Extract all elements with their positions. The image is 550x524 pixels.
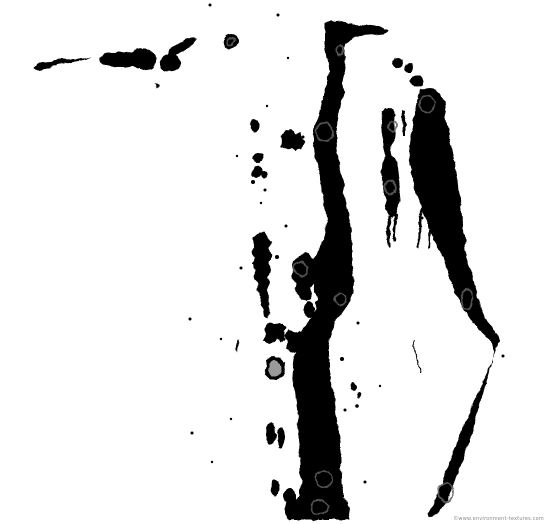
ink-blob-topleft-long xyxy=(100,48,156,70)
ink-speck-8 xyxy=(264,189,267,192)
ink-speck-12 xyxy=(275,255,279,259)
ink-drip-middle-tail-1 xyxy=(387,216,391,248)
ink-speck-20 xyxy=(230,418,232,420)
texture-canvas: ©www.environment-textures.com xyxy=(0,0,550,524)
ink-dash-diagonal xyxy=(168,37,196,57)
ink-speck-11 xyxy=(240,267,243,270)
ink-blob-right-top-3 xyxy=(411,75,423,88)
ink-dot-top xyxy=(223,34,238,48)
ink-satellite-left-4 xyxy=(284,488,296,504)
ink-speck-14 xyxy=(220,338,222,340)
ink-speck-16 xyxy=(340,357,344,361)
ink-blob-pair-upper xyxy=(281,129,304,151)
ink-speck-21 xyxy=(191,432,194,435)
ink-small-blob-d xyxy=(261,171,267,179)
ink-streak-right-tail-1 xyxy=(418,205,423,247)
ink-cluster-mid-lobe xyxy=(304,302,314,318)
ink-cluster-left-c xyxy=(306,336,314,348)
ink-speck-9 xyxy=(260,202,262,204)
ink-small-blob-b xyxy=(253,153,263,164)
ink-speck-10 xyxy=(285,225,288,228)
ink-blob-right-top-2 xyxy=(405,63,414,73)
ink-drip-middle-tail-2 xyxy=(393,214,397,242)
ink-dot-mid-1 xyxy=(317,272,322,278)
ink-slash-left xyxy=(235,340,240,352)
ink-speck-tick xyxy=(155,84,159,88)
ink-speck-6 xyxy=(236,155,238,157)
ink-cluster-left-a xyxy=(263,323,286,344)
ink-speck-1 xyxy=(209,4,212,7)
watermark-text: ©www.environment-textures.com xyxy=(453,516,544,522)
ink-small-blob-f xyxy=(357,392,361,398)
ink-dot-mid-2 xyxy=(319,279,323,284)
ink-speck-13 xyxy=(189,318,192,321)
ink-speck-3 xyxy=(287,57,289,59)
ink-slash-thin xyxy=(413,340,420,373)
ink-speck-24 xyxy=(502,355,505,358)
ink-speck-4 xyxy=(266,105,268,107)
ink-blob-topleft-round xyxy=(160,54,181,73)
ink-speck-18 xyxy=(379,385,381,387)
ink-satellite-left-1 xyxy=(266,423,276,445)
ink-speck-5 xyxy=(302,136,305,139)
ink-speck-19 xyxy=(355,404,359,408)
ink-speck-26 xyxy=(315,301,319,305)
ink-speck-23 xyxy=(364,481,367,484)
ink-blob-right-top-1 xyxy=(393,58,403,68)
ink-small-blob-c xyxy=(252,166,262,178)
ink-speck-22 xyxy=(211,461,213,463)
ink-chain-left xyxy=(251,231,272,318)
ink-satellite-left-3 xyxy=(270,480,280,496)
ink-small-blob-a xyxy=(250,120,260,133)
ink-stain-graphic xyxy=(0,0,550,524)
ink-streak-thin-middle xyxy=(402,111,406,135)
ink-drip-right xyxy=(409,88,499,517)
ink-satellite-left-2 xyxy=(277,427,285,447)
ink-streak-topleft xyxy=(34,58,91,72)
ink-speck-2 xyxy=(277,14,280,17)
ink-small-blob-e xyxy=(352,384,357,391)
ink-speck-7 xyxy=(251,180,255,184)
ink-patch-gray xyxy=(269,360,281,376)
ink-speck-17 xyxy=(344,409,347,412)
ink-speck-15 xyxy=(357,322,360,325)
ink-speck-25 xyxy=(421,217,424,220)
